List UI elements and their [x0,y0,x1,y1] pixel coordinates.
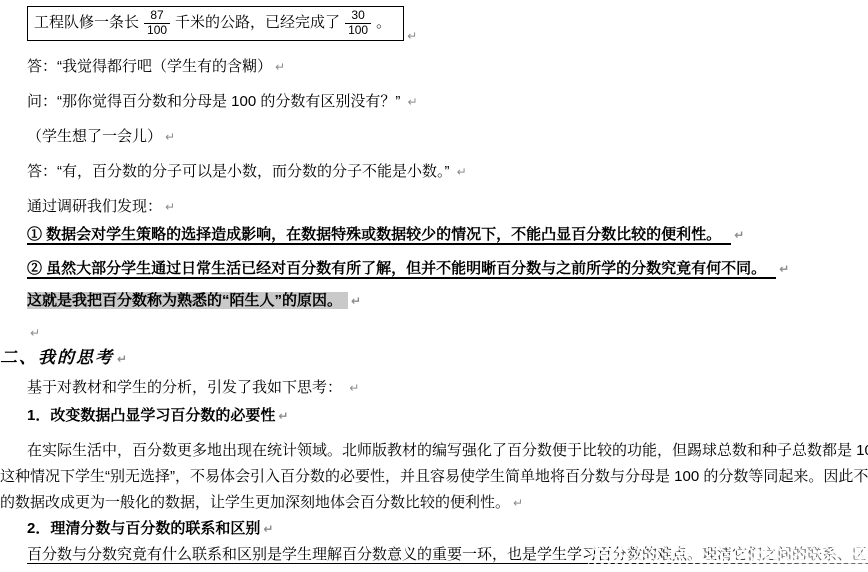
fraction-denominator: 100 [345,23,371,38]
paragraph-mark-icon: ↵ [779,262,789,276]
closing-line: 百分数与分数究竟有什么联系和区别是学生理解百分数意义的重要一环，也是学生学习百分… [27,542,868,568]
paragraph-mark-icon: ↵ [457,165,467,179]
paragraph-mark-icon: ↵ [165,130,175,144]
section-heading-2: 二、我的思考↵ [0,347,868,370]
subheading-2-text: 2．理清分数与百分数的联系和区别 [27,520,260,537]
fraction-numerator: 87 [144,9,170,23]
finding-intro-text: 通过调研我们发现： [27,198,162,215]
paragraph-mark-icon: ↵ [117,352,129,366]
body-paragraph-line-3-text: 的数据改成更为一般化的数据，让学生更加深刻地体会百分数比较的便利性。 [0,494,510,511]
finding-item-2-text: ② 虽然大部分学生通过日常生活已经对百分数有所了解，但并不能明晰百分数与之前所学… [27,260,776,279]
paragraph-mark-icon: ↵ [30,326,40,340]
dialogue-question: 问：“那你觉得百分数和分母是 100 的分数有区别没有？” ↵ [27,92,868,112]
problem-box: 工程队修一条长 87 100 千米的公路，已经完成了 30 100 。 [27,6,404,41]
document-page: { "page": { "pilcrow": "↵", "highlight_c… [0,0,868,572]
dialogue-answer-2: 答：“有，百分数的分子可以是小数，而分数的分子不能是小数。” ↵ [27,162,868,182]
dialogue-answer-2-text: 答：“有，百分数的分子可以是小数，而分数的分子不能是小数。” [27,163,450,180]
body-paragraph-line-1: 在实际生活中，百分数更多地出现在统计领域。北师版教材的编写强化了百分数便于比较的… [0,438,868,464]
paragraph-mark-icon: ↵ [165,200,175,214]
body-paragraph-line-2: 这种情况下学生“别无选择”，不易体会引入百分数的必要性，并且容易使学生简单地将百… [0,464,868,490]
conclusion-highlight: 这就是我把百分数称为熟悉的“陌生人”的原因。↵ [27,291,868,311]
paragraph-mark-icon: ↵ [407,29,417,43]
paragraph-mark-icon: ↵ [278,409,288,423]
note-pause: （学生想了一会儿）↵ [27,127,868,147]
subheading-1: 1．改变数据凸显学习百分数的必要性↵ [27,406,868,426]
paragraph-mark-icon: ↵ [263,522,273,536]
section-heading-2-text: 二、我的思考 [0,348,114,367]
fraction-87-100: 87 100 [144,9,170,38]
finding-item-1-text: ① 数据会对学生策略的选择造成影响，在数据特殊或数据较少的情况下，不能凸显百分数… [27,226,731,245]
dialogue-answer-1: 答：“我觉得都行吧（学生有的含糊）↵ [27,57,868,77]
dialogue-answer-1-text: 答：“我觉得都行吧（学生有的含糊） [27,58,272,75]
problem-text-middle: 千米的公路，已经完成了 [175,14,340,32]
thoughts-intro: 基于对教材和学生的分析，引发了我如下思考： ↵ [27,378,868,398]
problem-text-after: 。 [376,14,391,32]
fraction-numerator: 30 [345,9,371,23]
note-pause-text: （学生想了一会儿） [27,128,162,145]
subheading-1-text: 1．改变数据凸显学习百分数的必要性 [27,407,275,424]
finding-item-2: ② 虽然大部分学生通过日常生活已经对百分数有所了解，但并不能明晰百分数与之前所学… [27,259,868,279]
empty-paragraph: ↵ [27,323,868,343]
fraction-30-100: 30 100 [345,9,371,38]
conclusion-highlight-text: 这就是我把百分数称为熟悉的“陌生人”的原因。 [27,292,348,309]
paragraph-mark-icon: ↵ [408,95,418,109]
paragraph-mark-icon: ↵ [351,294,361,308]
problem-text-before: 工程队修一条长 [34,14,139,32]
finding-intro: 通过调研我们发现：↵ [27,197,868,217]
problem-box-row: 工程队修一条长 87 100 千米的公路，已经完成了 30 100 。 ↵ [27,6,417,41]
paragraph-mark-icon: ↵ [513,496,523,510]
dialogue-question-text: 问：“那你觉得百分数和分母是 100 的分数有区别没有？” [27,93,400,110]
closing-line-text: 百分数与分数究竟有什么联系和区别是学生理解百分数意义的重要一环，也是学生学习百分… [27,546,868,564]
paragraph-mark-icon: ↵ [275,60,285,74]
subheading-2: 2．理清分数与百分数的联系和区别↵ [27,516,868,542]
thoughts-intro-text: 基于对教材和学生的分析，引发了我如下思考： [27,379,342,396]
fraction-denominator: 100 [144,23,170,38]
paragraph-mark-icon: ↵ [734,228,744,242]
paragraph-mark-icon: ↵ [349,381,359,395]
body-paragraph-line-3: 的数据改成更为一般化的数据，让学生更加深刻地体会百分数比较的便利性。↵ [0,490,868,516]
finding-item-1: ① 数据会对学生策略的选择造成影响，在数据特殊或数据较少的情况下，不能凸显百分数… [27,225,868,245]
